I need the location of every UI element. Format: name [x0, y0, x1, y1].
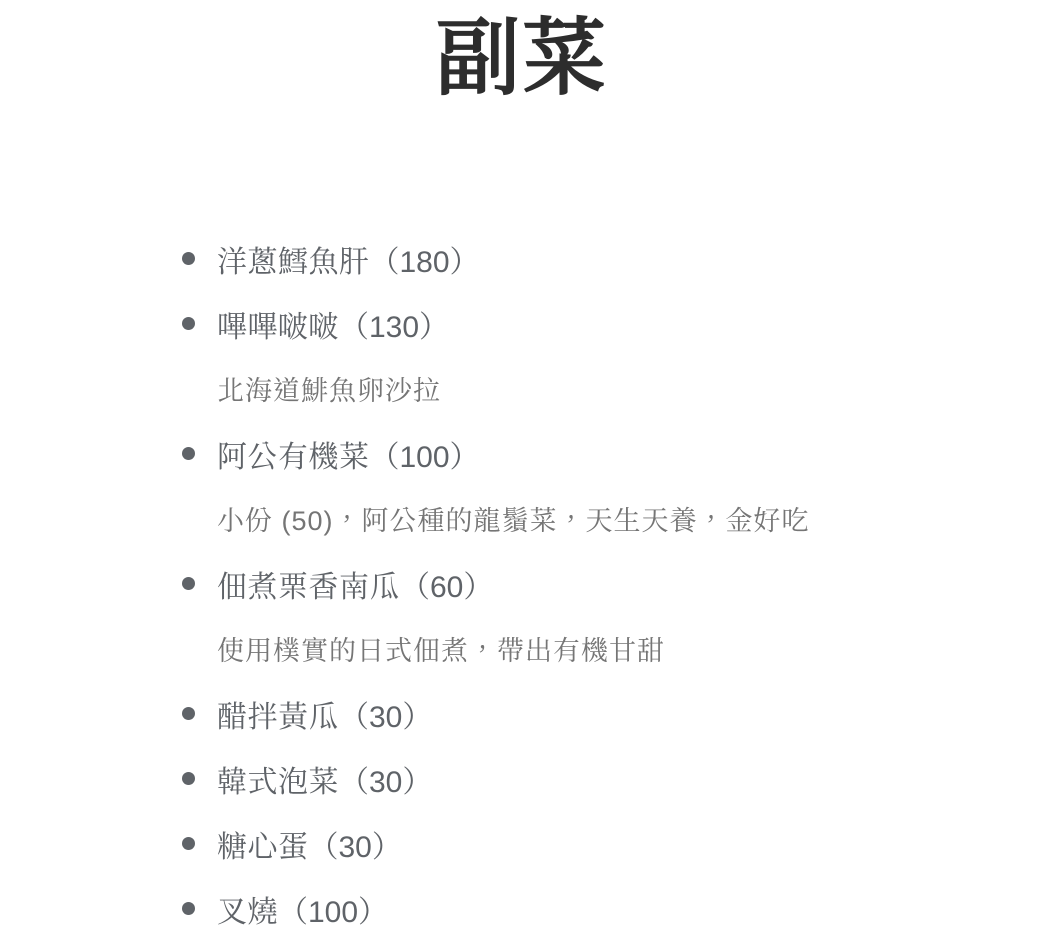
list-item: 洋蔥鱈魚肝 （180） [0, 226, 1044, 291]
menu-item-name: 韓式泡菜 [217, 757, 339, 801]
menu-item-row: 醋拌黃瓜 （30） [0, 681, 1044, 746]
bullet-icon [182, 252, 195, 265]
page-title: 副菜 [0, 8, 1044, 108]
menu-item-name: 叉燒 [217, 887, 278, 931]
bullet-icon [182, 902, 195, 915]
list-item: 嗶嗶啵啵 （130） 北海道鯡魚卵沙拉 [0, 291, 1044, 421]
menu-item-row: 嗶嗶啵啵 （130） [0, 291, 1044, 356]
list-item: 糖心蛋 （30） [0, 811, 1044, 876]
menu-item-description: 北海道鯡魚卵沙拉 [0, 356, 1044, 421]
list-item: 佃煮栗香南瓜 （60） 使用樸實的日式佃煮，帶出有機甘甜 [0, 551, 1044, 681]
menu-item-name: 洋蔥鱈魚肝 [217, 237, 370, 281]
menu-item-row: 阿公有機菜 （100） [0, 421, 1044, 486]
menu-item-price: （130） [339, 302, 449, 346]
bullet-icon [182, 772, 195, 785]
menu-item-price: （180） [370, 237, 480, 281]
menu-item-name: 糖心蛋 [217, 822, 309, 866]
bullet-icon [182, 447, 195, 460]
menu-item-row: 韓式泡菜 （30） [0, 746, 1044, 811]
menu-item-row: 糖心蛋 （30） [0, 811, 1044, 876]
menu-item-description: 小份 (50)，阿公種的龍鬚菜，天生天養，金好吃 [0, 486, 1044, 551]
menu-item-description: 使用樸實的日式佃煮，帶出有機甘甜 [0, 616, 1044, 681]
menu-item-row: 叉燒 （100） [0, 876, 1044, 941]
menu-item-name: 佃煮栗香南瓜 [217, 562, 400, 606]
menu-page: 副菜 洋蔥鱈魚肝 （180） 嗶嗶啵啵 （130） 北海道鯡魚卵沙拉 阿公有機菜… [0, 8, 1044, 952]
menu-item-price: （30） [339, 757, 432, 801]
list-item: 叉燒 （100） [0, 876, 1044, 941]
menu-item-row: 佃煮栗香南瓜 （60） [0, 551, 1044, 616]
menu-item-price: （100） [370, 432, 480, 476]
menu-item-name: 阿公有機菜 [217, 432, 370, 476]
menu-item-name: 嗶嗶啵啵 [217, 302, 339, 346]
menu-item-row: 洋蔥鱈魚肝 （180） [0, 226, 1044, 291]
bullet-icon [182, 577, 195, 590]
bullet-icon [182, 837, 195, 850]
bullet-icon [182, 707, 195, 720]
menu-item-price: （30） [339, 692, 432, 736]
menu-item-price: （60） [400, 562, 493, 606]
menu-list: 洋蔥鱈魚肝 （180） 嗶嗶啵啵 （130） 北海道鯡魚卵沙拉 阿公有機菜 （1… [0, 226, 1044, 941]
menu-item-price: （100） [278, 887, 388, 931]
menu-item-price: （30） [309, 822, 402, 866]
list-item: 阿公有機菜 （100） 小份 (50)，阿公種的龍鬚菜，天生天養，金好吃 [0, 421, 1044, 551]
list-item: 醋拌黃瓜 （30） [0, 681, 1044, 746]
bullet-icon [182, 317, 195, 330]
menu-item-name: 醋拌黃瓜 [217, 692, 339, 736]
list-item: 韓式泡菜 （30） [0, 746, 1044, 811]
